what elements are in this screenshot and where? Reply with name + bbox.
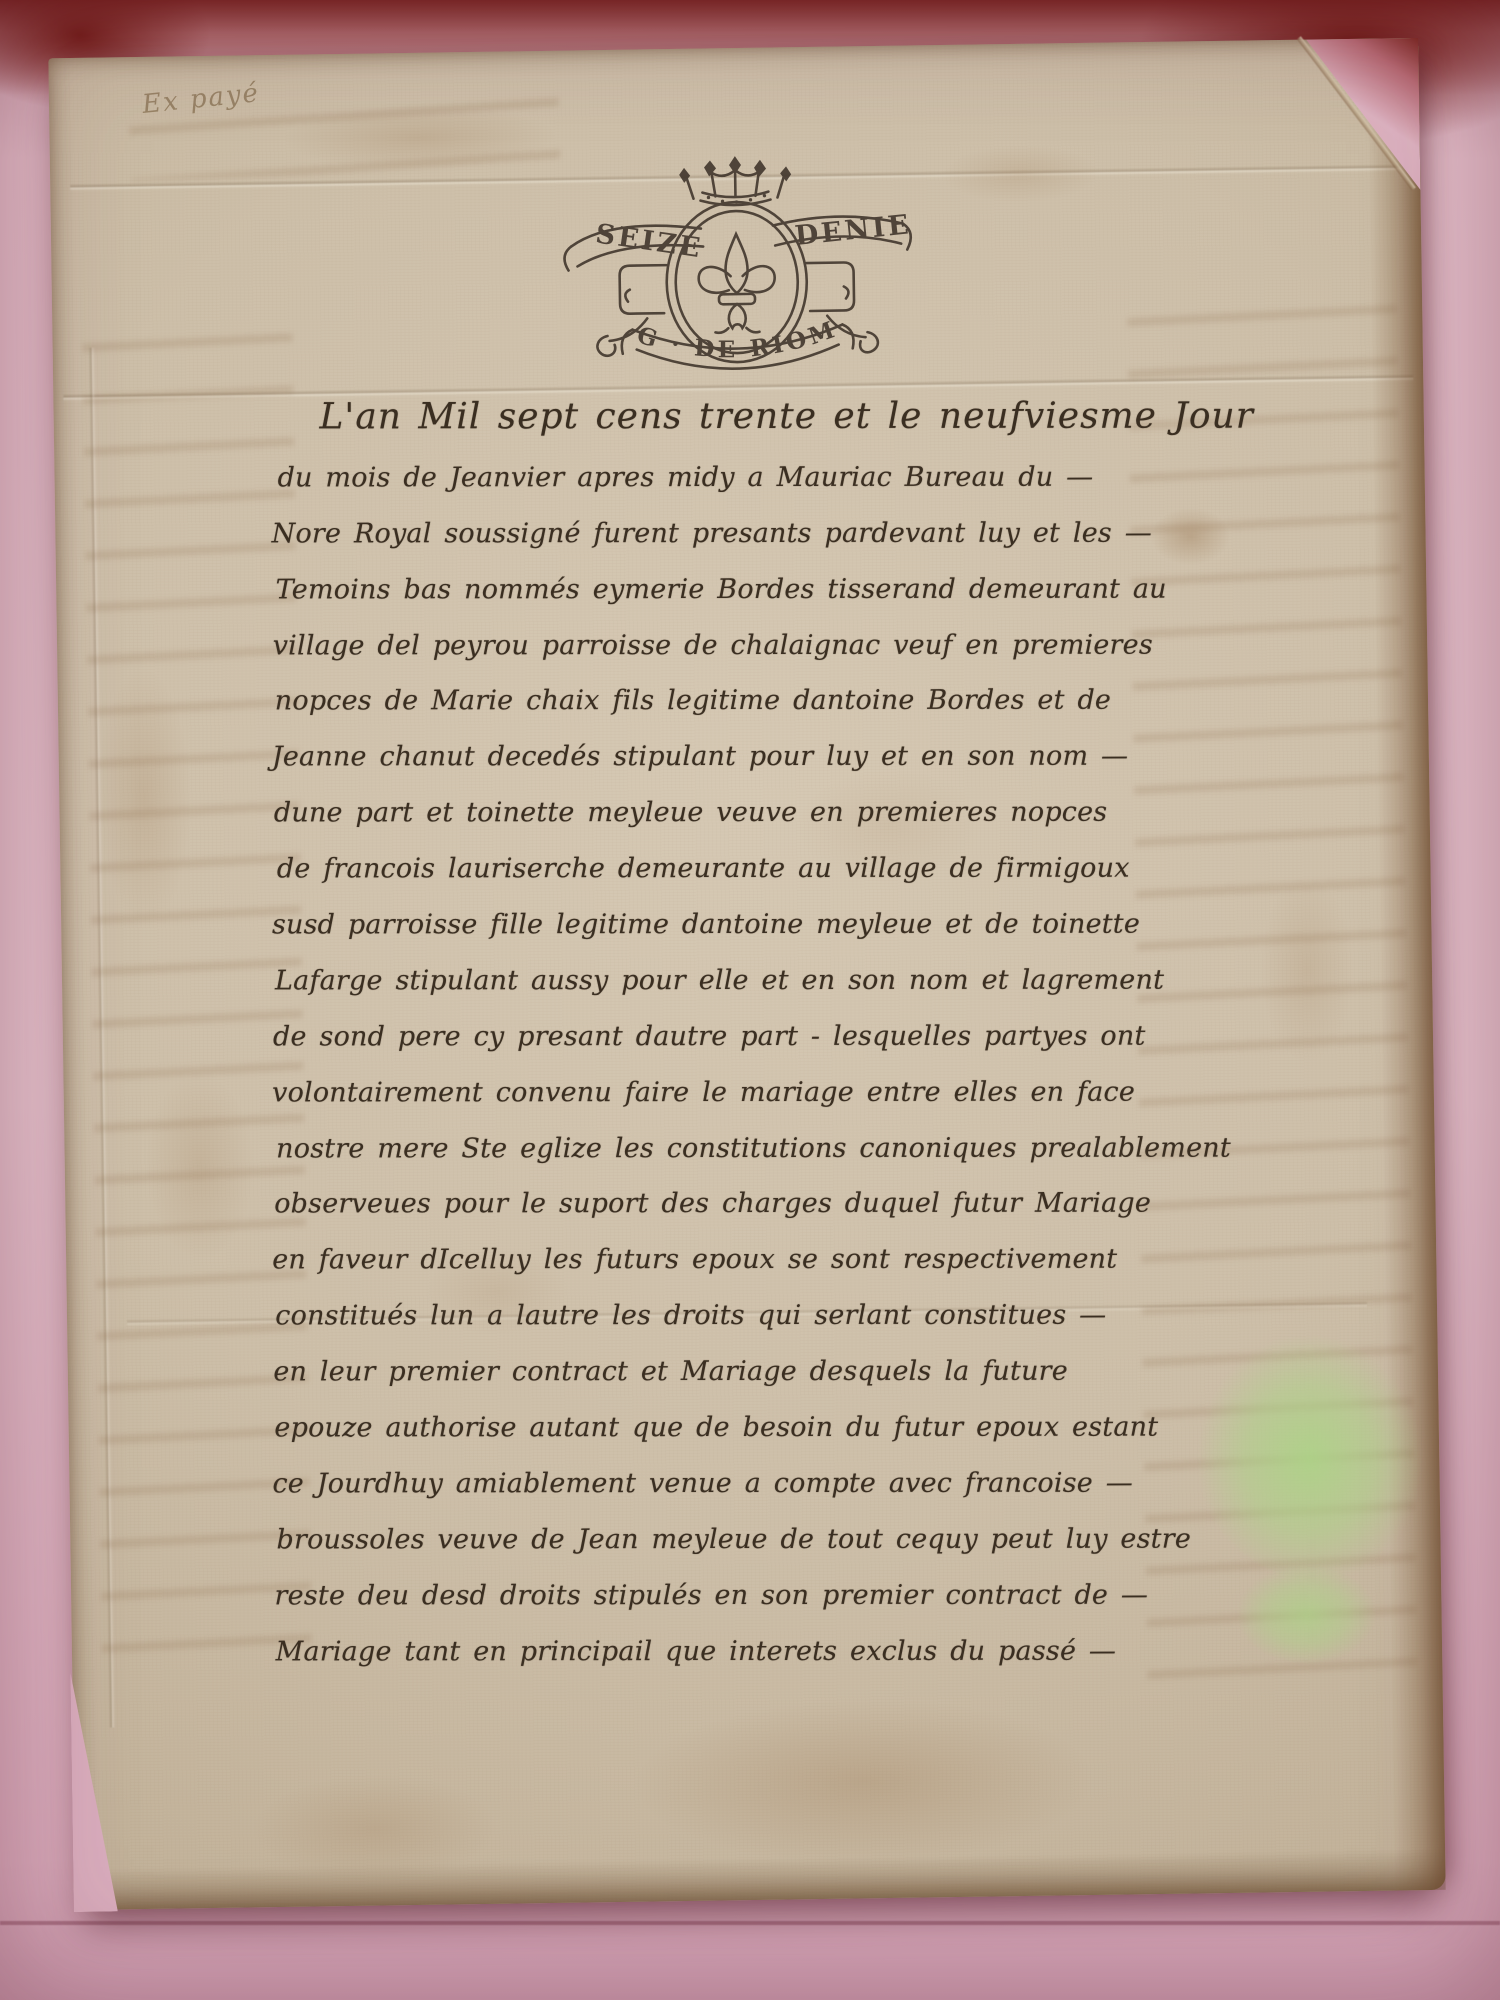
manuscript-text: L'an Mil sept cens trente et le neufvies… [61, 47, 1433, 1900]
manuscript-line: Lafarge stipulant aussy pour elle et en … [275, 965, 1164, 997]
manuscript-line: Temoins bas nommés eymerie Bordes tisser… [276, 574, 1167, 606]
manuscript-line: en faveur dIcelluy les futurs epoux se s… [272, 1244, 1117, 1276]
manuscript-line: Mariage tant en principail que interets … [276, 1636, 1117, 1668]
manuscript-line: Nore Royal soussigné furent presants par… [272, 518, 1152, 550]
photo-backdrop: { "annotation": { "text": "Ex payé" }, "… [0, 0, 1500, 2000]
manuscript-line: ce Jourdhuy amiablement venue a compte a… [272, 1468, 1132, 1500]
manuscript-line: constitués lun a lautre les droits qui s… [275, 1300, 1106, 1332]
manuscript-line: susd parroisse fille legitime dantoine m… [272, 909, 1140, 941]
document-page: Ex payé [48, 38, 1445, 1910]
manuscript-line: de francois lauriserche demeurante au vi… [277, 853, 1130, 885]
manuscript-line: en leur premier contract et Mariage desq… [273, 1356, 1068, 1388]
manuscript-line: de sond pere cy presant dautre part - le… [273, 1021, 1145, 1053]
manuscript-line: nostre mere Ste eglize les constitutions… [276, 1133, 1231, 1165]
manuscript-line: village del peyrou parroisse de chalaign… [273, 630, 1153, 662]
manuscript-line: observeues pour le suport des charges du… [274, 1188, 1151, 1220]
manuscript-line: L'an Mil sept cens trente et le neufvies… [319, 396, 1253, 438]
manuscript-line: du mois de Jeanvier apres midy a Mauriac… [278, 462, 1094, 494]
manuscript-line: Jeanne chanut decedés stipulant pour luy… [272, 741, 1128, 773]
backdrop-table-line [0, 1921, 1500, 1925]
manuscript-line: nopces de Marie chaix fils legitime dant… [275, 685, 1111, 717]
manuscript-line: volontairement convenu faire le mariage … [272, 1077, 1135, 1109]
manuscript-line: dune part et toinette meyleue veuve en p… [274, 797, 1108, 829]
manuscript-line: epouze authorise autant que de besoin du… [274, 1412, 1158, 1444]
manuscript-line: broussoles veuve de Jean meyleue de tout… [276, 1524, 1191, 1556]
manuscript-line: reste deu desd droits stipulés en son pr… [275, 1580, 1149, 1612]
